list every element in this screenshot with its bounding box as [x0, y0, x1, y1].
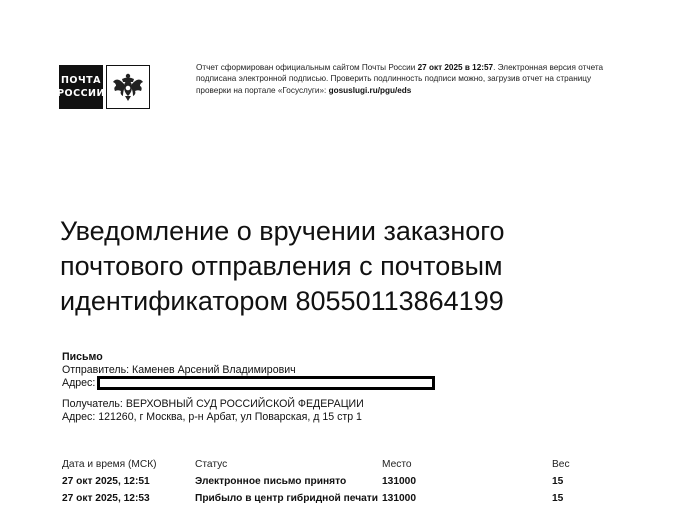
row-datetime: 27 окт 2025, 12:53 — [62, 493, 195, 504]
double-headed-eagle-icon — [106, 65, 150, 109]
logo-line-2: РОССИИ — [57, 87, 105, 100]
redacted-sender-address — [97, 376, 435, 390]
row-weight: 15 — [552, 476, 592, 487]
column-header-datetime: Дата и время (МСК) — [62, 459, 195, 470]
shipment-kind: Письмо — [62, 351, 435, 364]
row-place: 131000 — [382, 476, 552, 487]
recipient-label: Получатель: — [62, 398, 123, 410]
row-status: Электронное письмо принято — [195, 476, 382, 487]
sender-line: Отправитель: Каменев Арсений Владимирови… — [62, 364, 435, 377]
tracking-history-table: Дата и время (МСК) Статус Место Вес 27 о… — [62, 456, 592, 507]
logo-wordmark: ПОЧТА РОССИИ — [59, 65, 103, 109]
table-header: Дата и время (МСК) Статус Место Вес — [62, 456, 592, 473]
row-status: Прибыло в центр гибридной печати — [195, 493, 382, 504]
table-row: 27 окт 2025, 12:53 Прибыло в центр гибри… — [62, 490, 592, 507]
column-header-weight: Вес — [552, 459, 592, 470]
sender-address-line: Адрес: — [62, 376, 435, 390]
recipient-line: Получатель: ВЕРХОВНЫЙ СУД РОССИЙСКОЙ ФЕД… — [62, 398, 435, 411]
column-header-status: Статус — [195, 459, 382, 470]
table-row: 27 окт 2025, 12:51 Электронное письмо пр… — [62, 473, 592, 490]
recipient-address-label: Адрес: — [62, 411, 95, 423]
row-place: 131000 — [382, 493, 552, 504]
logo-line-1: ПОЧТА — [61, 74, 101, 87]
column-header-place: Место — [382, 459, 552, 470]
sender-address-label: Адрес: — [62, 377, 95, 390]
report-datetime: 27 окт 2025 в 12:57 — [418, 63, 494, 72]
sender-label: Отправитель: — [62, 364, 129, 376]
row-datetime: 27 окт 2025, 12:51 — [62, 476, 195, 487]
note-text-1: Отчет сформирован официальным сайтом Поч… — [196, 63, 418, 72]
verification-link[interactable]: gosuslugi.ru/pgu/eds — [329, 86, 412, 95]
shipment-info: Письмо Отправитель: Каменев Арсений Влад… — [62, 351, 435, 423]
sender-name: Каменев Арсений Владимирович — [132, 364, 296, 376]
russian-post-logo: ПОЧТА РОССИИ — [59, 65, 150, 109]
recipient-address: 121260, г Москва, р-н Арбат, ул Поварска… — [98, 411, 362, 423]
report-signature-note: Отчет сформирован официальным сайтом Поч… — [196, 62, 616, 96]
row-weight: 15 — [552, 493, 592, 504]
page-title: Уведомление о вручении заказного почтово… — [60, 214, 620, 319]
recipient-address-line: Адрес: 121260, г Москва, р-н Арбат, ул П… — [62, 411, 435, 424]
recipient-name: ВЕРХОВНЫЙ СУД РОССИЙСКОЙ ФЕДЕРАЦИИ — [126, 398, 364, 410]
